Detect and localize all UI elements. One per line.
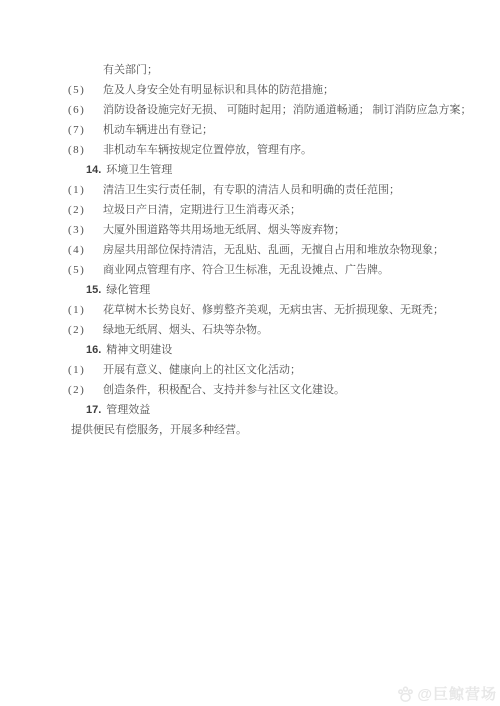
- heading-number: 14.: [86, 164, 101, 176]
- item-number: (1): [68, 300, 103, 320]
- line-text: 机动车辆进出有登记；: [103, 120, 213, 140]
- document-page: 有关部门；(5)危及人身安全处有明显标识和具体的防范措施；(6)消防设备设施完好…: [0, 0, 500, 706]
- doc-line-item: (8)非机动车车辆按规定位置停放，管理有序。: [0, 140, 500, 160]
- heading-number: 17.: [86, 404, 101, 416]
- item-number: (1): [68, 360, 103, 380]
- heading-text: 精神文明建设: [106, 344, 172, 356]
- line-text: 开展有意义、健康向上的社区文化活动；: [103, 360, 301, 380]
- paw-icon: [396, 685, 415, 703]
- doc-line-heading: 16.精神文明建设: [0, 340, 500, 360]
- doc-line-heading: 15.绿化管理: [0, 280, 500, 300]
- item-number: (1): [68, 180, 103, 200]
- item-number: (8): [68, 140, 103, 160]
- doc-line-item: (2)垃圾日产日清，定期进行卫生消毒灭杀；: [0, 200, 500, 220]
- line-text: 大厦外围道路等共用场地无纸屑、烟头等废弃物；: [103, 220, 345, 240]
- doc-line-item: (3)大厦外围道路等共用场地无纸屑、烟头等废弃物；: [0, 220, 500, 240]
- doc-line-continuation: 有关部门；: [0, 60, 500, 80]
- line-text: 垃圾日产日清，定期进行卫生消毒灭杀；: [103, 200, 301, 220]
- heading-text: 管理效益: [106, 404, 150, 416]
- watermark-text: @巨鲸营场: [417, 683, 497, 704]
- doc-line-item: (1)清洁卫生实行责任制，有专职的清洁人员和明确的责任范围；: [0, 180, 500, 200]
- item-number: (7): [68, 120, 103, 140]
- line-text: 花草树木长势良好、修剪整齐美观，无病虫害、无折损现象、无斑秃；: [103, 300, 444, 320]
- document-lines: 有关部门；(5)危及人身安全处有明显标识和具体的防范措施；(6)消防设备设施完好…: [0, 60, 500, 440]
- line-text: 商业网点管理有序、符合卫生标准，无乱设摊点、广告牌。: [103, 260, 389, 280]
- line-text: 清洁卫生实行责任制，有专职的清洁人员和明确的责任范围；: [103, 180, 400, 200]
- line-text: 绿地无纸屑、烟头、石块等杂物。: [103, 320, 268, 340]
- watermark: @巨鲸营场: [396, 683, 497, 704]
- line-text: 创造条件，积极配合、支持并参与社区文化建设。: [103, 380, 345, 400]
- doc-line-item: (2)创造条件，积极配合、支持并参与社区文化建设。: [0, 380, 500, 400]
- heading-text: 绿化管理: [106, 284, 150, 296]
- item-number: (2): [68, 320, 103, 340]
- line-text: 危及人身安全处有明显标识和具体的防范措施；: [103, 80, 334, 100]
- doc-line-item: (6)消防设备设施完好无损、 可随时起用；消防通道畅通； 制订消防应急方案；: [0, 100, 500, 120]
- item-number: (3): [68, 220, 103, 240]
- doc-line-item: (2)绿地无纸屑、烟头、石块等杂物。: [0, 320, 500, 340]
- line-text: 提供便民有偿服务，开展多种经营。: [71, 424, 247, 436]
- line-text: 非机动车车辆按规定位置停放，管理有序。: [103, 140, 312, 160]
- heading-number: 15.: [86, 284, 101, 296]
- heading-text: 环境卫生管理: [106, 164, 172, 176]
- item-number: (2): [68, 380, 103, 400]
- item-number: (5): [68, 80, 103, 100]
- doc-line-item: (4)房屋共用部位保持清洁，无乱贴、乱画，无擅自占用和堆放杂物现象；: [0, 240, 500, 260]
- doc-line-item: (5)商业网点管理有序、符合卫生标准，无乱设摊点、广告牌。: [0, 260, 500, 280]
- item-number: (2): [68, 200, 103, 220]
- item-number: (6): [68, 100, 103, 120]
- doc-line-item: (1)开展有意义、健康向上的社区文化活动；: [0, 360, 500, 380]
- item-number: (4): [68, 240, 103, 260]
- doc-line-item: (5)危及人身安全处有明显标识和具体的防范措施；: [0, 80, 500, 100]
- line-text: 有关部门；: [103, 64, 158, 76]
- heading-number: 16.: [86, 344, 101, 356]
- doc-line-paragraph: 提供便民有偿服务，开展多种经营。: [0, 420, 500, 440]
- line-text: 消防设备设施完好无损、 可随时起用；消防通道畅通； 制订消防应急方案；: [103, 100, 472, 120]
- doc-line-heading: 14.环境卫生管理: [0, 160, 500, 180]
- line-text: 房屋共用部位保持清洁，无乱贴、乱画，无擅自占用和堆放杂物现象；: [103, 240, 444, 260]
- doc-line-item: (1)花草树木长势良好、修剪整齐美观，无病虫害、无折损现象、无斑秃；: [0, 300, 500, 320]
- doc-line-item: (7)机动车辆进出有登记；: [0, 120, 500, 140]
- item-number: (5): [68, 260, 103, 280]
- doc-line-heading: 17.管理效益: [0, 400, 500, 420]
